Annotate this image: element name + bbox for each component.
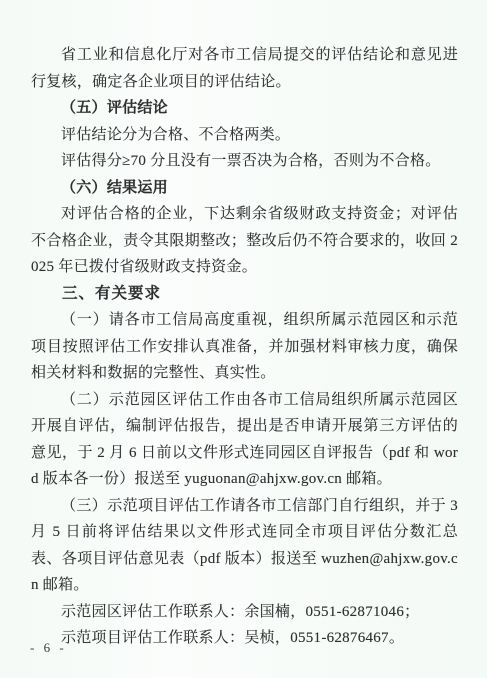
paragraph: 评估得分≥70 分且没有一票否决为合格，否则为不合格。 [31, 148, 458, 175]
paragraph: 示范项目评估工作联系人：吴桢，0551-62876467。 [31, 625, 458, 652]
paragraph: （三）示范项目评估工作请各市工信部门自行组织，并于 3 月 5 日前将评估结果以… [31, 493, 458, 599]
page-number: - 6 - [30, 640, 67, 656]
section-heading: （六）结果运用 [31, 175, 458, 202]
document-body: 省工业和信息化厅对各市工信局提交的评估结论和意见进行复核，确定各企业项目的评估结… [0, 0, 487, 652]
paragraph: 示范园区评估工作联系人：余国楠，0551-62871046； [31, 599, 458, 626]
section-heading: 三、有关要求 [31, 281, 458, 308]
paragraph: 评估结论分为合格、不合格两类。 [31, 122, 458, 149]
paragraph: （一）请各市工信局高度重视，组织所属示范园区和示范项目按照评估工作安排认真准备，… [31, 307, 458, 387]
paragraph: 对评估合格的企业，下达剩余省级财政支持资金；对评估不合格企业，责令其限期整改；整… [31, 201, 458, 281]
scanned-document-page: 省工业和信息化厅对各市工信局提交的评估结论和意见进行复核，确定各企业项目的评估结… [0, 0, 487, 678]
section-heading: （五）评估结论 [31, 95, 458, 122]
paragraph: 省工业和信息化厅对各市工信局提交的评估结论和意见进行复核，确定各企业项目的评估结… [31, 42, 458, 95]
paragraph: （二）示范园区评估工作由各市工信局组织所属示范园区开展自评估，编制评估报告，提出… [31, 387, 458, 493]
